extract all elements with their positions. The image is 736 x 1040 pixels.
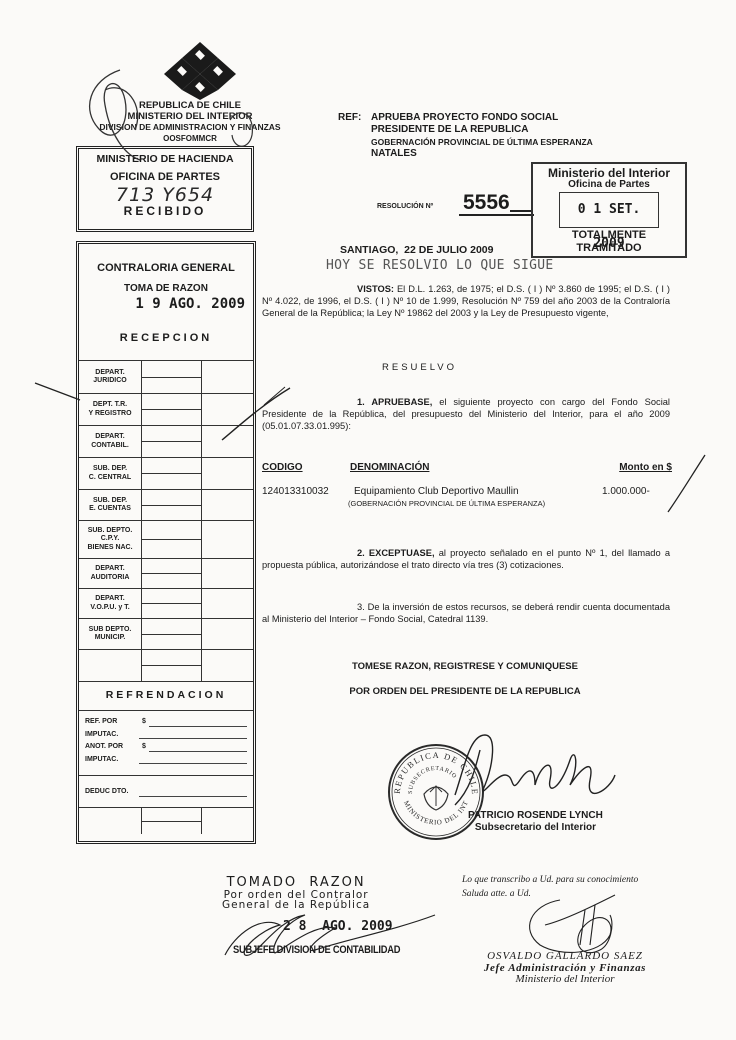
transcription-line-1: Lo que transcribo a Ud. para su conocimi…	[462, 873, 638, 887]
transcription-signer: OSVALDO GALLARDO SAEZ Jefe Administració…	[465, 951, 665, 986]
deduc-row: DEDUC DTO.	[79, 775, 253, 807]
department-entry-cells[interactable]	[142, 559, 202, 588]
department-row: DEPART. JURIDICO	[79, 360, 253, 393]
tomado-razon-date: 2 8 AGO. 2009	[283, 919, 393, 934]
department-notes-cell[interactable]	[202, 361, 253, 393]
contraloria-subtitle: TOMA DE RAZON	[79, 283, 253, 294]
tomado-razon-title: TOMADO RAZON	[222, 875, 370, 890]
department-label: DEPART. JURIDICO	[79, 361, 142, 393]
department-label: DEPT. T.R. Y REGISTRO	[79, 394, 142, 425]
column-monto: Monto en $	[619, 462, 672, 473]
item-3-paragraph: 3. De la inversión de estos recursos, se…	[262, 601, 670, 625]
anot-por-currency: $	[142, 743, 146, 750]
project-name: Equipamiento Club Deportivo Maullin	[354, 486, 519, 497]
department-row	[79, 649, 253, 681]
issuer-header: REPUBLICA DE CHILE MINISTERIO DEL INTERI…	[90, 100, 290, 144]
department-row: DEPT. T.R. Y REGISTRO	[79, 393, 253, 425]
department-entry-cells[interactable]	[142, 650, 202, 681]
interior-stamp-office: Oficina de Partes	[533, 179, 685, 190]
transcription-signature-icon	[530, 895, 615, 953]
deduc-label: DEDUC DTO.	[85, 788, 128, 795]
closing-line-1: TOMESE RAZON, REGISTRESE Y COMUNIQUESE	[295, 661, 635, 672]
department-label: SUB. DEPTO. C.P.Y. BIENES NAC.	[79, 521, 142, 558]
imputac2-label: IMPUTAC.	[85, 756, 118, 763]
department-entry-cells[interactable]	[142, 619, 202, 649]
item-1-paragraph: 1. APRUEBASE, el siguiente proyecto con …	[262, 396, 670, 433]
vistos-text: El D.L. 1.263, de 1975; el D.S. ( I ) Nº…	[262, 284, 670, 318]
reference-block: REF: APRUEBA PROYECTO FONDO SOCIAL PRESI…	[338, 112, 593, 160]
hacienda-office: OFICINA DE PARTES	[79, 171, 251, 183]
refrendacion-title: REFRENDACION	[79, 681, 253, 710]
resuelvo-heading: RESUELVO	[382, 362, 457, 373]
contraloria-date-stamp: 1 9 AGO. 2009	[79, 296, 253, 312]
transcription-signer-role-2: Ministerio del Interior	[465, 974, 665, 986]
item-2-label: 2. EXCEPTUASE,	[357, 548, 435, 558]
department-label: DEPART. CONTABIL.	[79, 426, 142, 457]
imputac-field[interactable]	[139, 731, 247, 739]
contraloria-reception-form: CONTRALORIA GENERAL TOMA DE RAZON 1 9 AG…	[76, 241, 256, 844]
transcription-note: Lo que transcribo a Ud. para su conocimi…	[462, 873, 638, 901]
department-entry-cells[interactable]	[142, 394, 202, 425]
department-entry-cells[interactable]	[142, 361, 202, 393]
department-notes-cell[interactable]	[202, 589, 253, 618]
department-entry-cells[interactable]	[142, 426, 202, 457]
department-notes-cell[interactable]	[202, 650, 253, 681]
seal-inner-text: SUBSECRETARIO	[408, 766, 458, 794]
reference-line-4: NATALES	[371, 148, 593, 160]
item-2-text: al proyecto señalado en el punto Nº 1, d…	[262, 548, 670, 570]
imputac2-field[interactable]	[139, 756, 247, 764]
department-label: SUB. DEP. C. CENTRAL	[79, 458, 142, 489]
department-label: DEPART. V.O.P.U. y T.	[79, 589, 142, 618]
department-row: SUB DEPTO. MUNICIP.	[79, 618, 253, 649]
department-row: DEPART. AUDITORIA	[79, 558, 253, 588]
hacienda-received-stamp: MINISTERIO DE HACIENDA OFICINA DE PARTES…	[76, 146, 254, 232]
department-row: SUB. DEP. C. CENTRAL	[79, 457, 253, 489]
project-code: 124013310032	[262, 486, 329, 497]
department-entry-cells[interactable]	[142, 589, 202, 618]
issuer-country: REPUBLICA DE CHILE	[90, 100, 290, 111]
item-2-paragraph: 2. EXCEPTUASE, al proyecto señalado en e…	[262, 547, 670, 571]
item-1-text: el siguiente proyecto con cargo del Fond…	[262, 397, 670, 431]
closing-line-2: POR ORDEN DEL PRESIDENTE DE LA REPUBLICA	[295, 686, 635, 697]
imputac-label: IMPUTAC.	[85, 731, 118, 738]
amount-check-icon	[668, 455, 705, 512]
resolved-stamp: HOY SE RESOLVIO LO QUE SIGUE	[326, 258, 554, 273]
anot-por-field[interactable]	[149, 743, 247, 752]
department-label	[79, 650, 142, 681]
issuer-code: OOSFOMMCR	[90, 133, 290, 144]
tomado-razon-signer-role: SUBJEFE DIVISION DE CONTABILIDAD	[233, 944, 400, 956]
interior-stamp-title: Ministerio del Interior	[533, 166, 685, 180]
department-notes-cell[interactable]	[202, 521, 253, 558]
project-amount: 1.000.000-	[602, 486, 650, 497]
department-row: SUB. DEPTO. C.P.Y. BIENES NAC.	[79, 520, 253, 558]
column-codigo: CODIGO	[262, 462, 303, 473]
issuer-ministry: MINISTERIO DEL INTERIOR	[90, 111, 290, 122]
ref-por-label: REF. POR	[85, 718, 117, 725]
department-entry-cells[interactable]	[142, 521, 202, 558]
interior-office-stamp: Ministerio del Interior Oficina de Parte…	[531, 162, 687, 258]
refrendacion-fields: REF. POR $ IMPUTAC. ANOT. POR $ IMPUTAC.	[79, 710, 253, 775]
ref-por-currency: $	[142, 718, 146, 725]
signer-role: Subsecretario del Interior	[468, 822, 603, 834]
department-row: DEPART. CONTABIL.	[79, 425, 253, 457]
vistos-paragraph: VISTOS: El D.L. 1.263, de 1975; el D.S. …	[262, 283, 670, 320]
contraloria-title: CONTRALORIA GENERAL	[79, 244, 253, 274]
reference-label: REF:	[338, 112, 361, 124]
project-subtitle: (GOBERNACIÓN PROVINCIAL DE ÚLTIMA ESPERA…	[348, 499, 545, 508]
check-mark-icon	[35, 383, 80, 400]
issuer-division: DIVISION DE ADMINISTRACION Y FINANZAS	[90, 122, 290, 133]
department-label: SUB. DEP. E. CUENTAS	[79, 490, 142, 520]
department-entry-cells[interactable]	[142, 490, 202, 520]
interior-stamp-status-2: TRAMITADO	[533, 243, 685, 254]
hacienda-status: RECIBIDO	[79, 204, 251, 218]
ref-por-field[interactable]	[149, 718, 247, 727]
department-notes-cell[interactable]	[202, 619, 253, 649]
resolution-number: 5556	[459, 192, 534, 216]
signer-name: PATRICIO ROSENDE LYNCH	[468, 810, 603, 822]
interior-stamp-date: 0 1 SET. 2009	[559, 192, 659, 228]
transcription-line-2: Saluda atte. a Ud.	[462, 887, 638, 901]
deduc-field[interactable]	[139, 788, 247, 797]
place-date: SANTIAGO, 22 DE JULIO 2009	[340, 244, 493, 256]
department-notes-cell[interactable]	[202, 426, 253, 457]
resolution-label: RESOLUCIÓN Nº	[377, 203, 433, 210]
department-row: DEPART. V.O.P.U. y T.	[79, 588, 253, 618]
reference-line-2: PRESIDENTE DE LA REPUBLICA	[371, 124, 593, 136]
department-label: SUB DEPTO. MUNICIP.	[79, 619, 142, 649]
item-1-label: 1. APRUEBASE,	[357, 397, 432, 407]
column-denominacion: DENOMINACIÓN	[350, 462, 429, 473]
interior-stamp-status-1: TOTALMENTE	[533, 230, 685, 241]
reference-line-1: APRUEBA PROYECTO FONDO SOCIAL	[371, 112, 593, 124]
stamp-divider	[510, 210, 531, 212]
reception-label: RECEPCION	[79, 332, 253, 344]
contraloria-header: CONTRALORIA GENERAL TOMA DE RAZON 1 9 AG…	[79, 244, 253, 360]
tomado-razon-line-2: General de la República	[222, 900, 370, 910]
tomado-razon-stamp: TOMADO RAZON Por orden del Contralor Gen…	[222, 875, 370, 910]
department-entry-cells[interactable]	[142, 458, 202, 489]
anot-por-label: ANOT. POR	[85, 743, 123, 750]
department-notes-cell[interactable]	[202, 458, 253, 489]
hacienda-title: MINISTERIO DE HACIENDA	[79, 153, 251, 165]
reference-line-3: GOBERNACIÓN PROVINCIAL DE ÚLTIMA ESPERAN…	[371, 136, 593, 148]
signer-block: PATRICIO ROSENDE LYNCH Subsecretario del…	[468, 810, 603, 834]
department-row: SUB. DEP. E. CUENTAS	[79, 489, 253, 520]
transcription-signer-name: OSVALDO GALLARDO SAEZ	[465, 951, 665, 963]
footer-row	[79, 807, 253, 834]
hacienda-entry-number: 713 Y654	[79, 184, 251, 206]
department-routing-table: DEPART. JURIDICODEPT. T.R. Y REGISTRODEP…	[79, 360, 253, 681]
svg-text:SUBSECRETARIO: SUBSECRETARIO	[408, 766, 458, 794]
department-label: DEPART. AUDITORIA	[79, 559, 142, 588]
government-logo-icon	[160, 40, 240, 100]
vistos-label: VISTOS:	[357, 284, 394, 294]
department-notes-cell[interactable]	[202, 559, 253, 588]
item-3-text: 3. De la inversión de estos recursos, se…	[262, 602, 670, 624]
department-notes-cell[interactable]	[202, 394, 253, 425]
department-notes-cell[interactable]	[202, 490, 253, 520]
